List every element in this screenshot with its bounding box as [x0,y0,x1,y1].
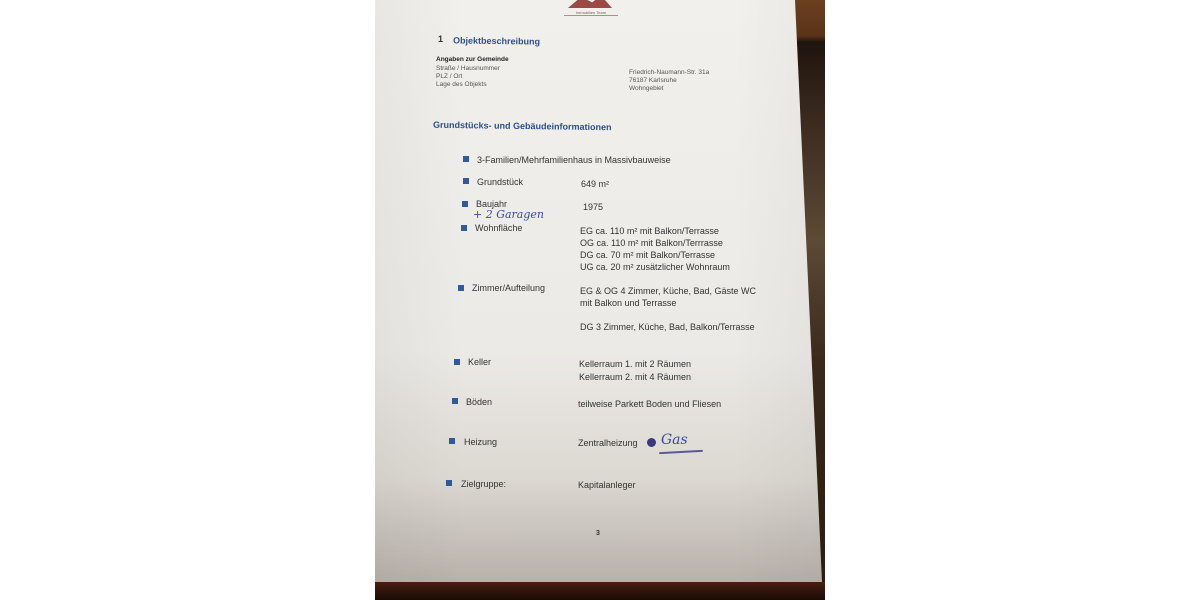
bullet-icon [458,285,464,291]
paper-page: Immobilien Team 1 Objektbeschreibung Ang… [375,0,823,582]
zip-city-value: 76187 Karlsruhe [629,77,677,84]
info-heading: Grundstücks- und Gebäudeinformationen [433,120,612,132]
wooden-table-bottom [375,582,825,600]
rooms-label: Zimmer/Aufteilung [472,283,545,293]
target-group-label: Zielgruppe: [461,479,506,489]
street-label: Straße / Hausnummer [436,65,500,72]
cellar-room-2: Kellerraum 2. mit 4 Räumen [579,371,691,383]
location-label: Lage des Objekts [436,81,487,88]
location-value: Wohngebiet [629,85,664,92]
logo-tagline: Immobilien Team [564,10,618,16]
ink-blot-icon [647,438,656,447]
floors-value: teilweise Parkett Boden und Fliesen [578,398,721,410]
building-type: 3-Familien/Mehrfamilienhaus in Massivbau… [477,155,671,165]
section-title: Objektbeschreibung [453,35,540,46]
rooms-dg: DG 3 Zimmer, Küche, Bad, Balkon/Terrasse [580,321,755,333]
handwritten-gas-note: Gas [661,432,688,448]
cellar-label: Keller [468,357,491,367]
living-area-eg: EG ca. 110 m² mit Balkon/Terrasse [580,225,719,237]
community-heading: Angaben zur Gemeinde [436,56,509,63]
bullet-icon [463,178,469,184]
bullet-icon [462,201,468,207]
plot-label: Grundstück [477,177,523,187]
bullet-icon [449,438,455,444]
bullet-icon [454,359,460,365]
handwritten-underline [659,450,703,454]
zip-city-label: PLZ / Ort [436,73,462,80]
house-roof-icon [568,0,612,8]
bullet-icon [461,225,467,231]
plot-value: 649 m² [581,178,609,190]
target-group-value: Kapitalanleger [578,479,636,491]
bullet-icon [446,480,452,486]
living-area-dg: DG ca. 70 m² mit Balkon/Terrasse [580,249,715,261]
document-photo: Immobilien Team 1 Objektbeschreibung Ang… [375,0,825,600]
floors-label: Böden [466,397,492,407]
page-number: 3 [596,530,600,537]
bullet-icon [452,398,458,404]
living-area-label: Wohnfläche [475,223,522,233]
heating-value: Zentralheizung [578,437,638,449]
rooms-eg-og-balcony: mit Balkon und Terrasse [580,297,676,309]
bullet-icon [463,156,469,162]
company-logo: Immobilien Team [562,0,620,18]
rooms-eg-og: EG & OG 4 Zimmer, Küche, Bad, Gäste WC [580,285,756,297]
living-area-ug: UG ca. 20 m² zusätzlicher Wohnraum [580,261,730,273]
living-area-og: OG ca. 110 m² mit Balkon/Terrrasse [580,237,723,249]
street-value: Friedrich-Naumann-Str. 31a [629,69,709,76]
heating-label: Heizung [464,437,497,447]
year-built-value: 1975 [583,201,603,213]
year-built-label: Baujahr [476,199,507,209]
section-number: 1 [438,34,443,44]
handwritten-garages-note: + 2 Garagen [473,208,544,221]
cellar-room-1: Kellerraum 1. mit 2 Räumen [579,358,691,370]
